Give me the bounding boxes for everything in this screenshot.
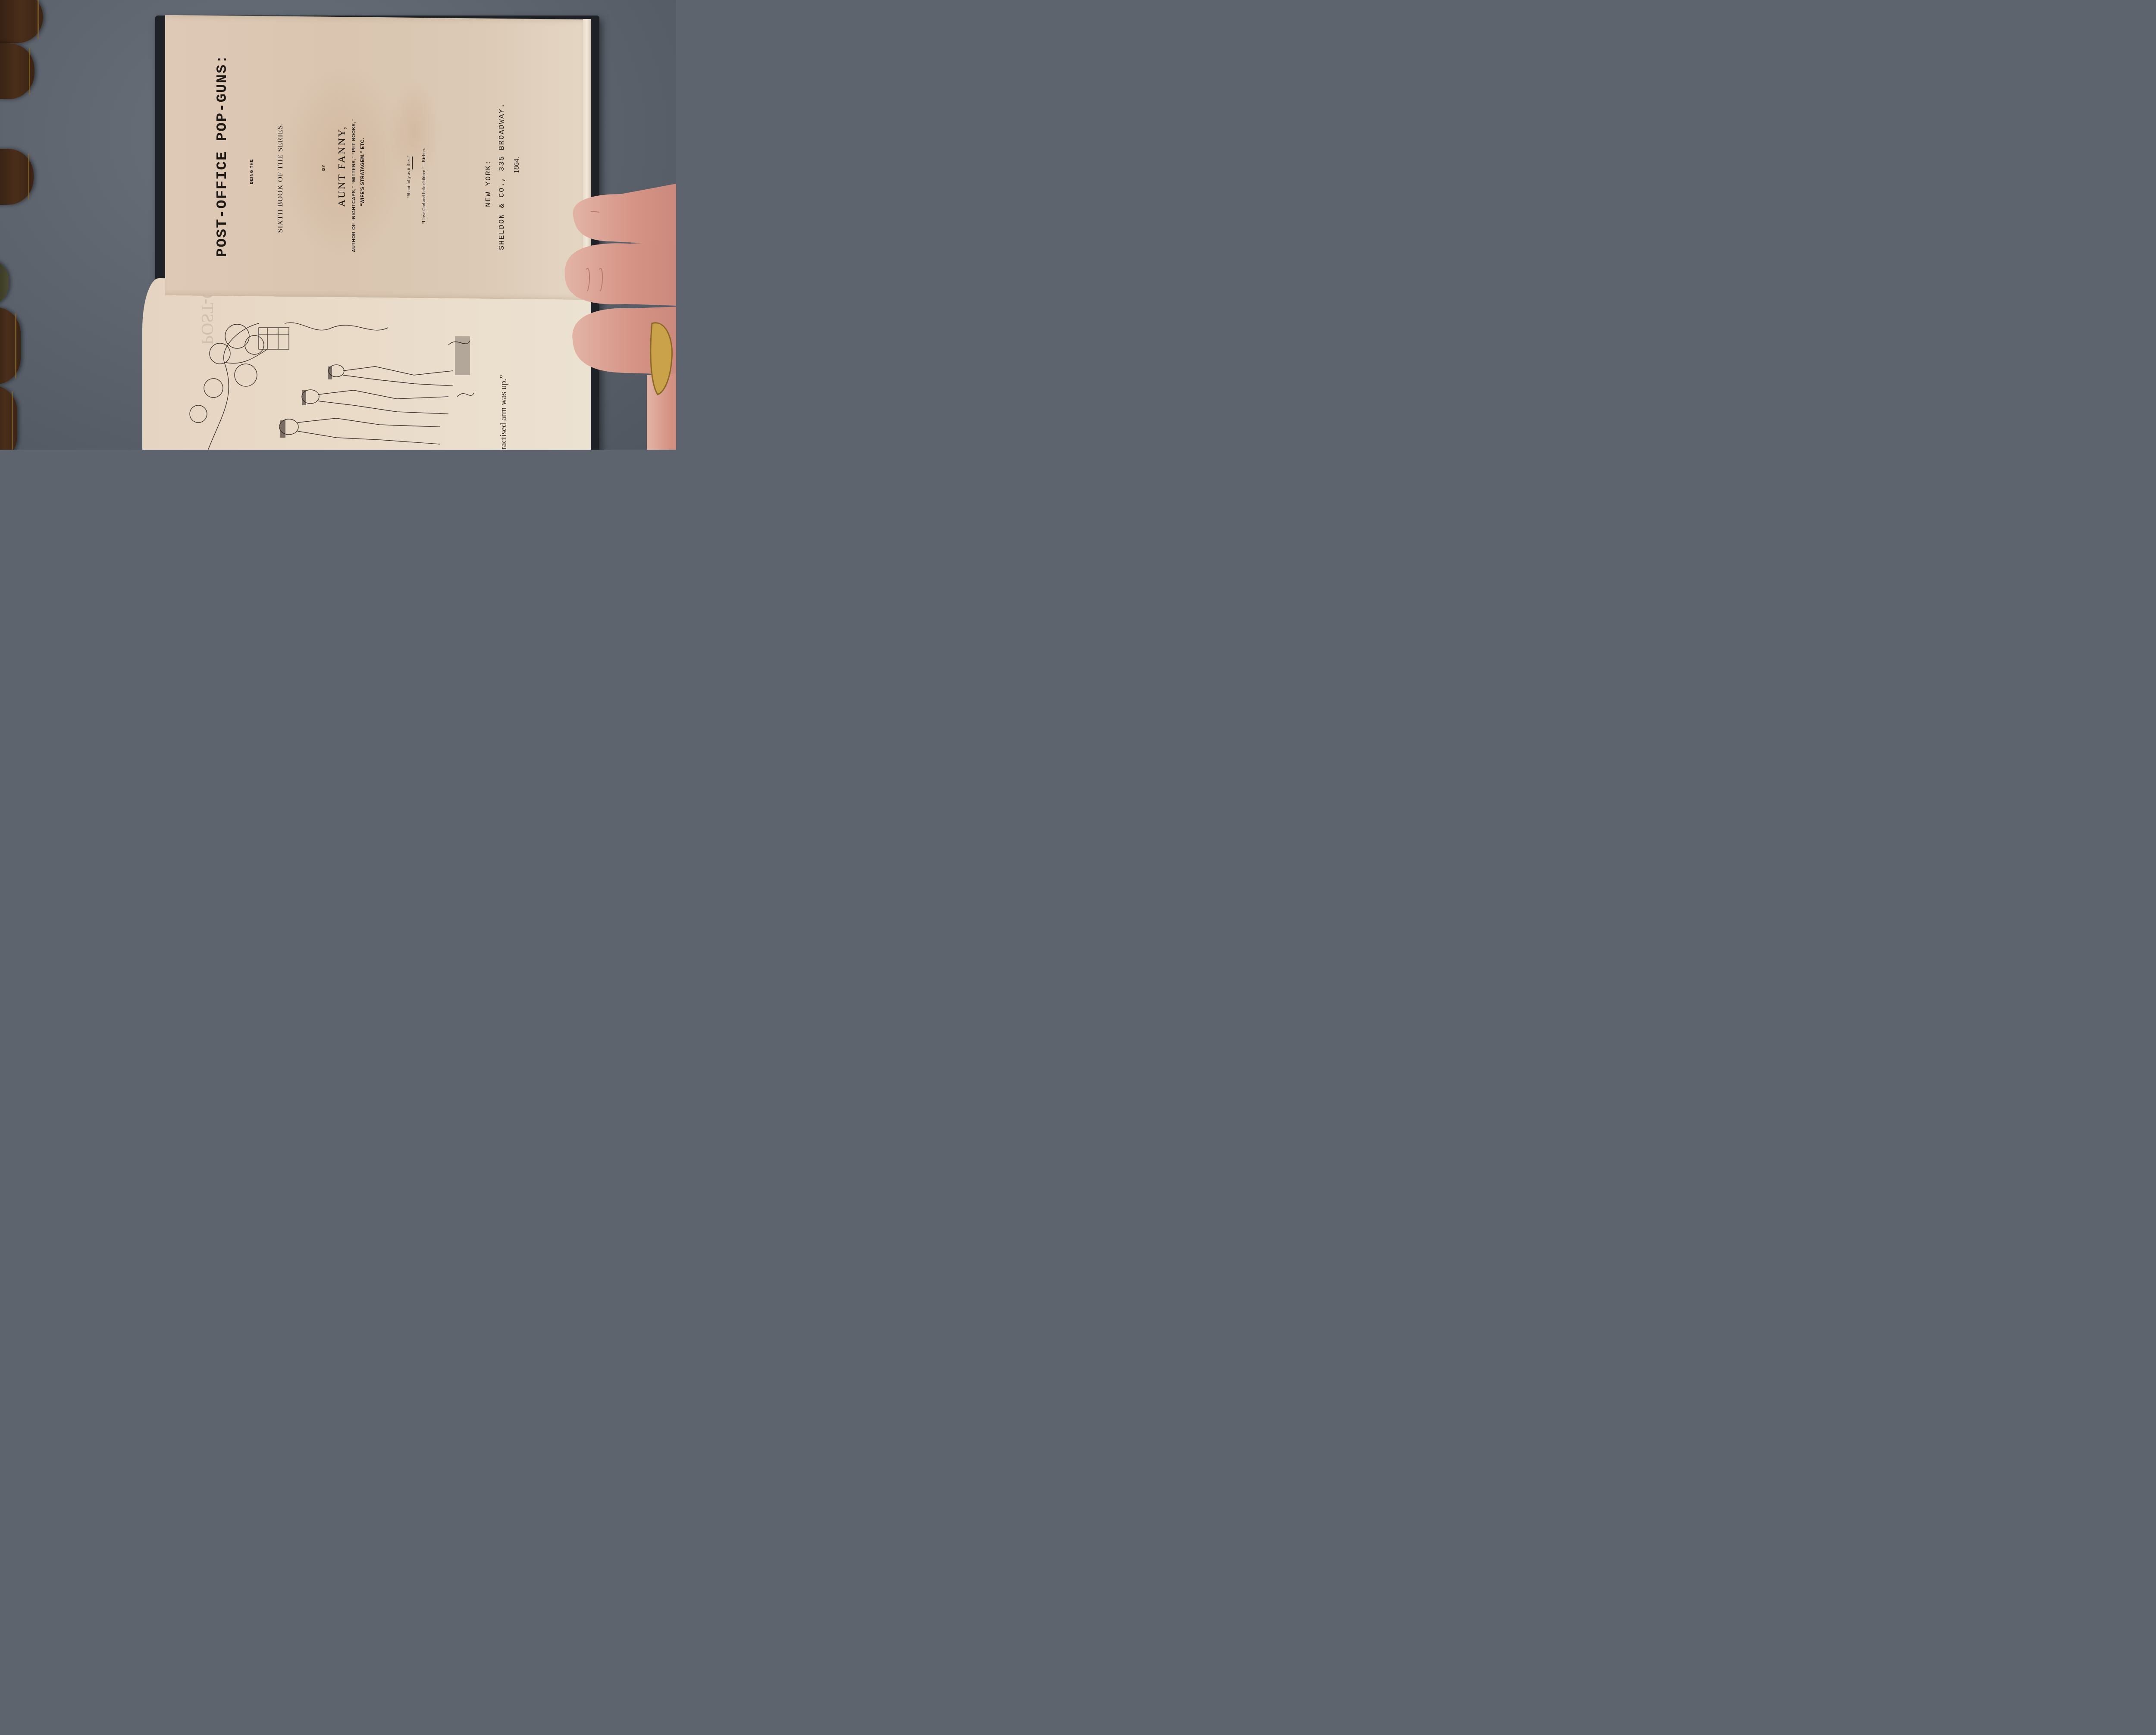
photo-scene: BOSTON 1861 BOSTON 1861 POST-OFFICE: [0, 0, 676, 450]
epigraph-1: “Shoot folly as it flies.”: [407, 156, 411, 198]
book-title: POST-OFFICE POP-GUNS:: [214, 54, 231, 257]
epigraph-2: “I love God and little children.”—Richte…: [422, 148, 426, 224]
imprint-publisher: SHELDON & CO., 335 BROADWAY.: [498, 103, 506, 250]
by-label: BY: [321, 164, 326, 171]
imprint-year: 1864.: [512, 157, 521, 173]
foxing-stain: [388, 78, 440, 185]
hand: [561, 177, 676, 450]
author-works-line1: AUTHOR OF “NIGHTCAPS,” “MITTENS,” “PET B…: [351, 119, 357, 252]
frontispiece-caption: ractised arm was up.”: [499, 375, 509, 450]
imprint-city: NEW YORK:: [485, 160, 493, 207]
subtitle-prefix: BEING THE: [249, 159, 254, 184]
series-subtitle: SIXTH BOOK OF THE SERIES.: [276, 122, 285, 233]
book-spine: [0, 149, 34, 205]
author-works-line2: “WIFE'S STRATAGEM,” ETC.: [360, 138, 365, 206]
index-finger: [565, 241, 676, 306]
book-spine: [0, 43, 34, 99]
engraving-illustration: [172, 310, 474, 450]
thumb: [573, 181, 676, 246]
epigraph-rule: [412, 157, 413, 169]
author-name: AUNT FANNY,: [336, 125, 348, 207]
